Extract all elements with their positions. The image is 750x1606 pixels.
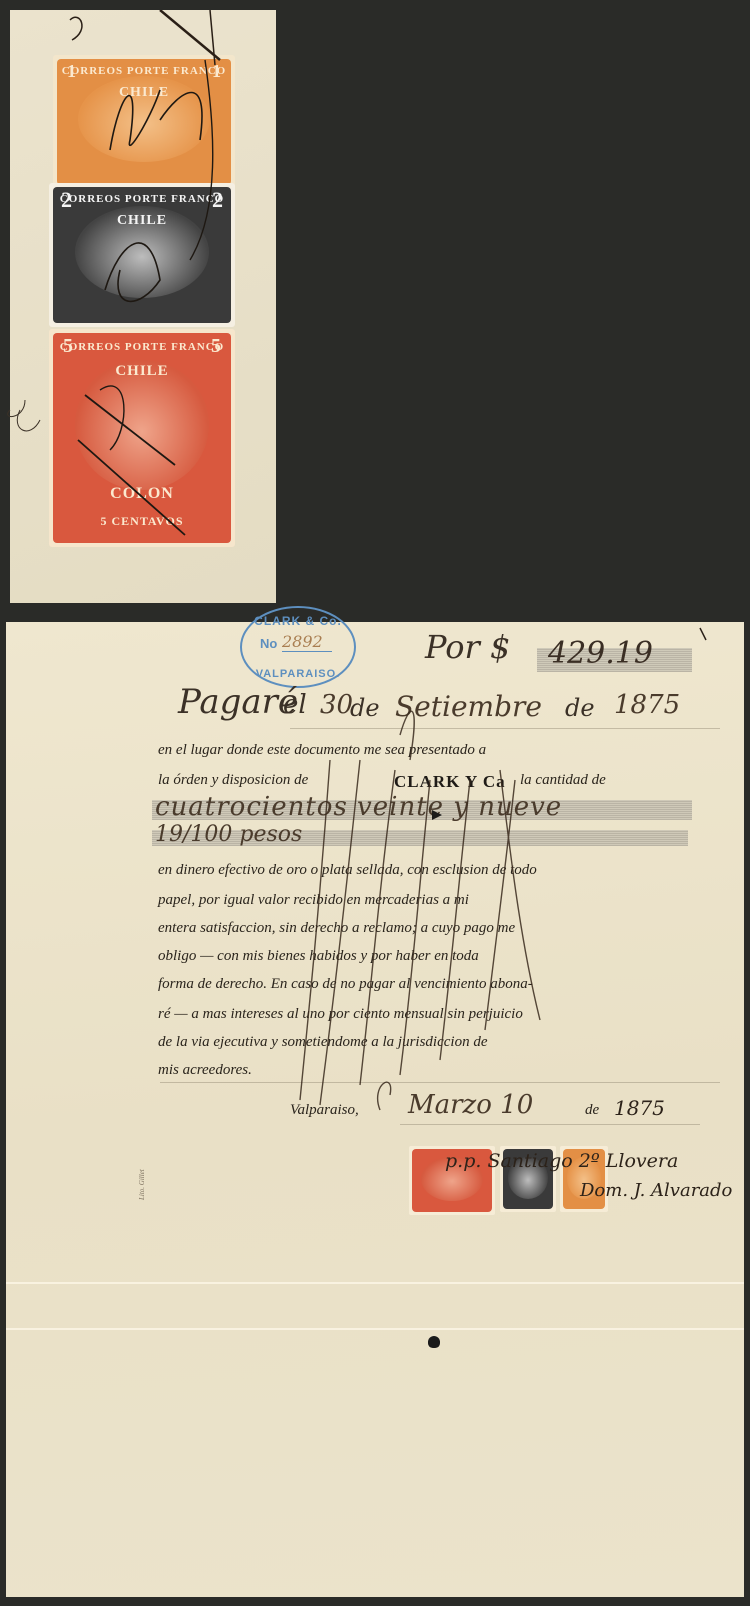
signature-2: Dom. J. Alvarado xyxy=(580,1180,732,1201)
amount-cents: 19/100 pesos xyxy=(155,822,302,847)
stamp-1-centavo: 1 1 CORREOS PORTE FRANCO CHILE xyxy=(50,52,238,192)
stamp-5-centavos: 5 5 CORREOS PORTE FRANCO CHILE COLON 5 C… xyxy=(46,326,238,550)
firm-handstamp: CLARK & Co. No 2892 VALPARAISO. xyxy=(240,606,356,688)
body-line-12: de la via ejecutiva y sometiendome a la … xyxy=(158,1034,488,1051)
body-line-1: en el lugar donde este documento me sea … xyxy=(158,742,486,759)
issue-date: Marzo 10 xyxy=(408,1090,533,1120)
stamp-name: COLON xyxy=(49,485,235,503)
body-line-13: mis acreedores. xyxy=(158,1062,252,1079)
stamp-country: CHILE xyxy=(49,363,235,380)
punch-hole xyxy=(428,1336,440,1348)
heading-de: de xyxy=(350,694,380,722)
due-month: Setiembre xyxy=(395,690,542,723)
place-city: Valparaiso, xyxy=(290,1102,359,1119)
stamp-country: CHILE xyxy=(53,85,235,101)
handstamp-city: VALPARAISO. xyxy=(242,668,354,680)
ruled-line xyxy=(400,1124,700,1125)
issue-year: 1875 xyxy=(614,1096,665,1120)
heading-el: el xyxy=(283,690,307,720)
amount-value: 429.19 xyxy=(548,636,653,671)
due-day: 30 xyxy=(320,690,353,720)
handstamp-number-label: No xyxy=(260,636,277,651)
stamp-2-centavos: 2 2 CORREOS PORTE FRANCO CHILE xyxy=(46,180,238,330)
body-line-11: ré — a mas intereses al uno por ciento m… xyxy=(158,1006,523,1023)
due-year: 1875 xyxy=(614,690,680,720)
body-line-6: en dinero efectivo de oro o plata sellad… xyxy=(158,862,537,879)
paper-fold xyxy=(6,1328,744,1330)
stamp-detail-panel: 1 1 CORREOS PORTE FRANCO CHILE 2 2 CORRE… xyxy=(10,10,276,603)
stamp-legend: CORREOS PORTE FRANCO xyxy=(53,65,235,77)
stamp-legend: CORREOS PORTE FRANCO xyxy=(49,193,235,205)
body-line-2: la órden y disposicion de xyxy=(158,772,308,789)
ruled-line xyxy=(160,1082,720,1083)
signature-1: p.p. Santiago 2º Llovera xyxy=(445,1150,678,1172)
amount-prefix: Por $ xyxy=(425,628,510,666)
body-line-7: papel, por igual valor recibido en merca… xyxy=(158,892,469,909)
body-line-10: forma de derecho. En caso de no pagar al… xyxy=(158,976,533,993)
stamp-country: CHILE xyxy=(49,213,235,229)
body-line-8: entera satisfaccion, sin derecho a recla… xyxy=(158,920,515,937)
heading-pagare: Pagaré xyxy=(178,682,298,722)
body-line-9: obligo — con mis bienes habidos y por ha… xyxy=(158,948,479,965)
handstamp-firm: CLARK & Co. xyxy=(242,614,354,628)
printer-imprint: Lito. Gillet xyxy=(138,1169,146,1200)
stamp-legend: CORREOS PORTE FRANCO xyxy=(49,341,235,353)
stamp-value-text: 5 CENTAVOS xyxy=(49,514,235,529)
ruled-line xyxy=(290,728,720,729)
paper-fold xyxy=(6,1282,744,1284)
handstamp-number: 2892 xyxy=(282,632,332,652)
body-line-2b: la cantidad de xyxy=(520,772,606,789)
amount-words: cuatrocientos veinte y nueve xyxy=(155,792,562,822)
payee-name: CLARK Y Ca xyxy=(394,772,506,792)
heading-year-de: de xyxy=(565,694,595,722)
issue-year-de: de xyxy=(585,1102,599,1119)
